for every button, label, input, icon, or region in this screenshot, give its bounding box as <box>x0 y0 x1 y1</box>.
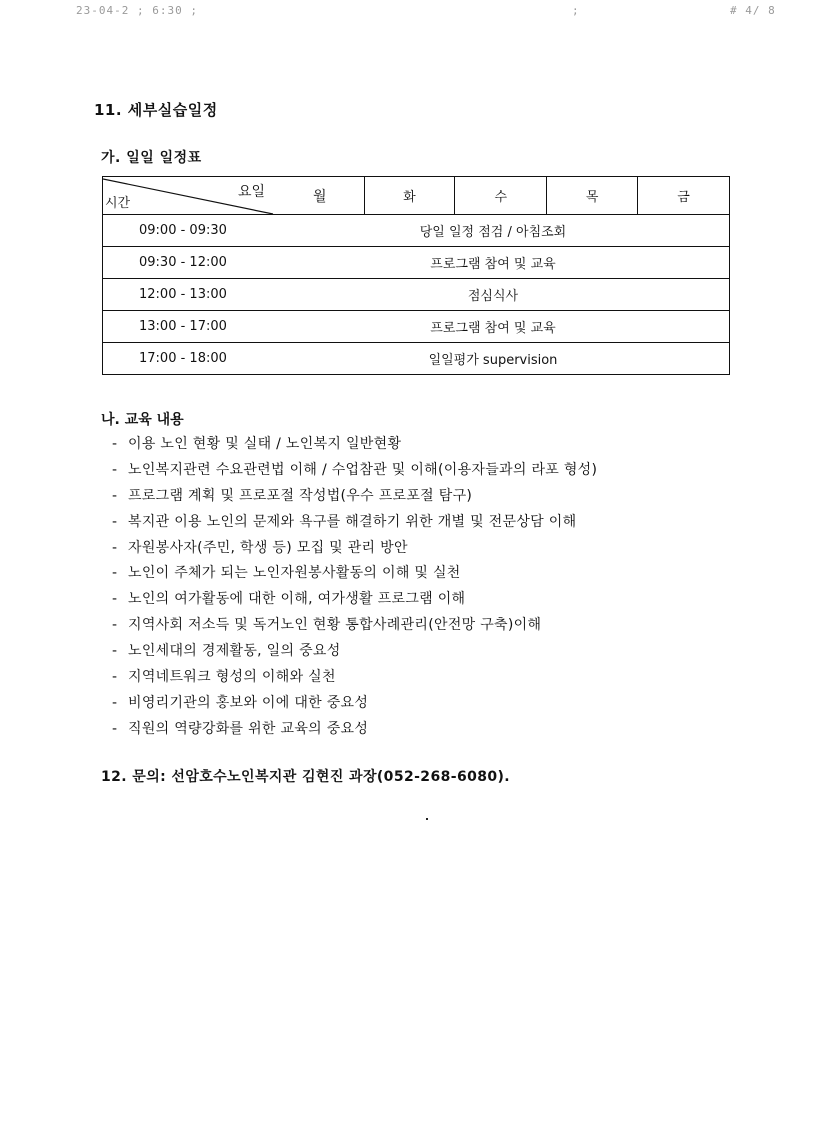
table-row: 12:00 - 13:00 점심식사 <box>103 279 730 311</box>
row-activity: 점심식사 <box>468 289 518 304</box>
daily-schedule-table: 시간 요일 월 화 수 목 금 09:00 - 09:30 당일 일정 점검 /… <box>102 176 730 375</box>
section-title: 11. 세부실습일정 <box>94 99 218 120</box>
item-text: 프로그램 계획 및 프로포절 작성법(우수 프로포절 탐구) <box>128 488 472 504</box>
table-row: 09:30 - 12:00 프로그램 참여 및 교육 <box>103 247 730 279</box>
education-subtitle: 나. 교육 내용 <box>101 409 184 429</box>
list-item: -지역네트워크 형성의 이해와 실천 <box>112 667 597 693</box>
dash-bullet: - <box>112 589 128 609</box>
education-list: -이용 노인 현황 및 실태 / 노인복지 일반현황 -노인복지관련 수요관련법… <box>112 434 597 745</box>
list-item: -복지관 이용 노인의 문제와 욕구를 해결하기 위한 개별 및 전문상담 이해 <box>112 512 597 538</box>
table-row: 09:00 - 09:30 당일 일정 점검 / 아침조회 <box>103 215 730 247</box>
dash-bullet: - <box>112 719 128 739</box>
table-header-row: 시간 요일 월 화 수 목 금 <box>103 177 730 215</box>
row-time: 13:00 - 17:00 <box>103 319 227 334</box>
dash-bullet: - <box>112 434 128 454</box>
dash-bullet: - <box>112 538 128 558</box>
list-item: -노인의 여가활동에 대한 이해, 여가생활 프로그램 이해 <box>112 589 597 615</box>
row-cell: 12:00 - 13:00 점심식사 <box>103 279 730 311</box>
item-text: 지역사회 저소득 및 독거노인 현황 통합사례관리(안전망 구축)이해 <box>128 617 541 633</box>
row-cell: 17:00 - 18:00 일일평가 supervision <box>103 343 730 375</box>
dash-bullet: - <box>112 615 128 635</box>
corner-time-label: 시간 <box>105 192 130 211</box>
day-header-wed: 수 <box>455 177 547 215</box>
day-header-fri: 금 <box>638 177 730 215</box>
item-text: 노인의 여가활동에 대한 이해, 여가생활 프로그램 이해 <box>128 591 465 607</box>
row-time: 17:00 - 18:00 <box>103 351 227 366</box>
stray-dot <box>426 818 428 820</box>
list-item: -자원봉사자(주민, 학생 등) 모집 및 관리 방안 <box>112 538 597 564</box>
item-text: 비영리기관의 홍보와 이에 대한 중요성 <box>128 695 368 711</box>
dash-bullet: - <box>112 460 128 480</box>
row-activity: 프로그램 참여 및 교육 <box>430 257 555 272</box>
item-text: 이용 노인 현황 및 실태 / 노인복지 일반현황 <box>128 436 401 452</box>
contact-info: 12. 문의: 선암호수노인복지관 김현진 과장(052-268-6080). <box>101 766 510 786</box>
fax-page-number: # 4/ 8 <box>730 4 776 17</box>
item-text: 직원의 역량강화를 위한 교육의 중요성 <box>128 721 368 737</box>
list-item: -노인복지관련 수요관련법 이해 / 수업참관 및 이해(이용자들과의 라포 형… <box>112 460 597 486</box>
dash-bullet: - <box>112 667 128 687</box>
item-text: 지역네트워크 형성의 이해와 실천 <box>128 669 336 685</box>
list-item: -노인이 주체가 되는 노인자원봉사활동의 이해 및 실천 <box>112 563 597 589</box>
dash-bullet: - <box>112 641 128 661</box>
day-header-mon: 월 <box>313 186 327 206</box>
row-time: 09:30 - 12:00 <box>103 255 227 270</box>
list-item: -이용 노인 현황 및 실태 / 노인복지 일반현황 <box>112 434 597 460</box>
fax-date-time: 23-04-2 ; 6:30 ; <box>76 4 198 17</box>
dash-bullet: - <box>112 486 128 506</box>
dash-bullet: - <box>112 512 128 532</box>
corner-header-cell: 시간 요일 월 <box>103 177 365 215</box>
row-cell: 09:30 - 12:00 프로그램 참여 및 교육 <box>103 247 730 279</box>
fax-header: 23-04-2 ; 6:30 ; ; # 4/ 8 <box>0 4 822 20</box>
item-text: 노인복지관련 수요관련법 이해 / 수업참관 및 이해(이용자들과의 라포 형성… <box>128 462 597 478</box>
day-header-tue: 화 <box>364 177 455 215</box>
row-cell: 13:00 - 17:00 프로그램 참여 및 교육 <box>103 311 730 343</box>
table-row: 17:00 - 18:00 일일평가 supervision <box>103 343 730 375</box>
list-item: -노인세대의 경제활동, 일의 중요성 <box>112 641 597 667</box>
fax-mark: ; <box>572 4 580 17</box>
row-activity: 프로그램 참여 및 교육 <box>430 321 555 336</box>
list-item: -비영리기관의 홍보와 이에 대한 중요성 <box>112 693 597 719</box>
corner-day-label: 요일 <box>238 181 265 201</box>
item-text: 노인세대의 경제활동, 일의 중요성 <box>128 643 341 659</box>
list-item: -지역사회 저소득 및 독거노인 현황 통합사례관리(안전망 구축)이해 <box>112 615 597 641</box>
list-item: -프로그램 계획 및 프로포절 작성법(우수 프로포절 탐구) <box>112 486 597 512</box>
row-activity: 당일 일정 점검 / 아침조회 <box>420 225 567 240</box>
item-text: 복지관 이용 노인의 문제와 욕구를 해결하기 위한 개별 및 전문상담 이해 <box>128 514 576 530</box>
dash-bullet: - <box>112 563 128 583</box>
row-activity: 일일평가 supervision <box>429 353 558 368</box>
row-time: 12:00 - 13:00 <box>103 287 227 302</box>
row-cell: 09:00 - 09:30 당일 일정 점검 / 아침조회 <box>103 215 730 247</box>
schedule-subtitle: 가. 일일 일정표 <box>101 147 202 167</box>
day-header-thu: 목 <box>547 177 638 215</box>
dash-bullet: - <box>112 693 128 713</box>
row-time: 09:00 - 09:30 <box>103 223 227 238</box>
item-text: 자원봉사자(주민, 학생 등) 모집 및 관리 방안 <box>128 540 408 556</box>
list-item: -직원의 역량강화를 위한 교육의 중요성 <box>112 719 597 745</box>
table-row: 13:00 - 17:00 프로그램 참여 및 교육 <box>103 311 730 343</box>
item-text: 노인이 주체가 되는 노인자원봉사활동의 이해 및 실천 <box>128 565 461 581</box>
